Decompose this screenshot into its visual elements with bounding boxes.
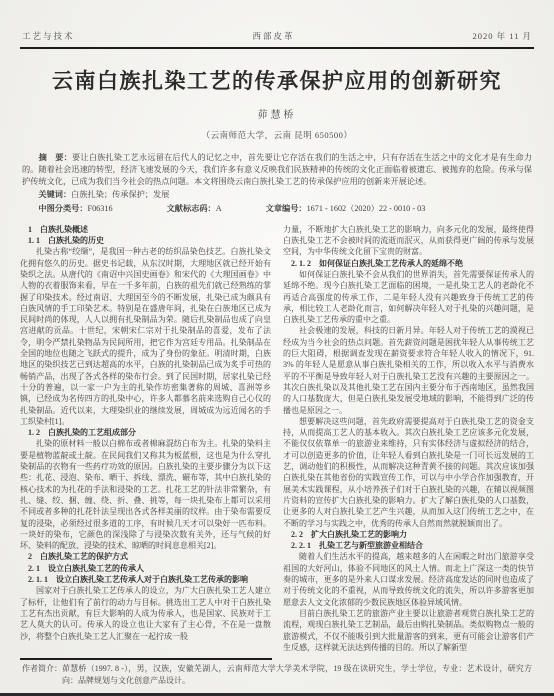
keywords-text: 白族扎染；传承保护；发展 xyxy=(71,190,169,199)
clc-number: 中图分类号：F06316 xyxy=(38,202,112,215)
subsection-heading: 2. 2 扩大白族扎染工艺的影响力 xyxy=(283,529,534,540)
document-code: 文献标志码：A xyxy=(167,202,222,215)
body-paragraph: 如何保证白族扎染不会从我们的世界消失，首先需要保证传承人的延绵不绝。现今白族扎染… xyxy=(283,269,534,325)
abstract-label: 摘 要： xyxy=(38,153,72,162)
subsubsection-heading: 2. 1. 1 设立白族扎染工艺传承人对于白族扎染工艺传承的影响 xyxy=(20,574,271,585)
author-affiliation: （云南师范大学，云南 昆明 650500） xyxy=(0,129,554,141)
keywords-label: 关键词： xyxy=(38,190,71,199)
body-paragraph: 目前白族扎染工艺的旅游产业主要以让旅游者观赏白族扎染工艺的流程，观现白族扎染工艺… xyxy=(283,608,534,653)
body-paragraph-continuation: 力量，不断地扩大白族扎染工艺的影响力，向多元化的发展，最终使得白族扎染工艺不会被… xyxy=(283,224,534,258)
right-column: 力量，不断地扩大白族扎染工艺的影响力，向多元化的发展，最终使得白族扎染工艺不会被… xyxy=(283,224,534,653)
footnote-rule xyxy=(20,658,272,660)
author-bio-footnote: 作者简介： 茆慧桥（1997. 8 -），男，汉族，安徽芜湖人，云南师范大学大学… xyxy=(22,663,532,686)
article-id: 文章编号：1671 - 1602（2020）22 - 0010 - 03 xyxy=(266,202,426,215)
author-bio-text: 茆慧桥（1997. 8 -），男，汉族，安徽芜湖人，云南师范大学大学美术学院，1… xyxy=(62,663,532,686)
body-paragraph: 随着人们生活水平的提高，越来越多的人在闲暇之时出门旅游享受祖国的大好河山，体验不… xyxy=(283,551,534,607)
author-name: 茆慧桥 xyxy=(0,106,554,121)
subsection-heading: 1. 2 白族扎染的工艺组成部分 xyxy=(20,427,271,438)
author-bio-label: 作者简介： xyxy=(22,663,62,686)
body-paragraph: 国家对于白族扎染工艺传承人的设立，为广大白族扎染工艺人建立了标杆，让他们有了前行… xyxy=(20,585,271,641)
subsection-heading: 1. 1 白族扎染的历史 xyxy=(20,235,271,246)
journal-page: 工艺与技术 西部皮革 2020 年 11 月 云南白族扎染工艺的传承保护应用的创… xyxy=(0,0,554,696)
left-column: 1 白族扎染概述 1. 1 白族扎染的历史 扎染古称“绞缬”，是我国一种古老的纺… xyxy=(20,224,271,653)
abstract-text: 要让白族扎染工艺永远留在后代人的记忆之中，首先要让它存活在我们的生活之中，只有存… xyxy=(22,153,532,186)
running-head-section: 工艺与技术 xyxy=(22,30,75,42)
two-column-body: 1 白族扎染概述 1. 1 白族扎染的历史 扎染古称“绞缬”，是我国一种古老的纺… xyxy=(20,224,534,653)
header-rule xyxy=(20,47,534,49)
article-title: 云南白族扎染工艺的传承保护应用的创新研究 xyxy=(20,65,534,95)
subsubsection-heading: 2. 1. 2 如何保证白族扎染工艺传承人的延绵不绝 xyxy=(283,258,534,269)
body-paragraph: 社会极速的发展，科技的日新月异。年轻人对于传统工艺的漠视已经成为当今社会的热点问… xyxy=(283,325,534,415)
running-head-journal: 西部皮革 xyxy=(252,30,294,42)
section-heading: 2 白族扎染工艺的保护方式 xyxy=(20,551,271,562)
body-paragraph: 扎染的原材料一般以白棉布或者棉麻混纺白布为主。扎染的染料主要是植物蓝靛或土靛。在… xyxy=(20,438,271,551)
meta-line: 中图分类号：F06316 文献标志码：A 文章编号：1671 - 1602（20… xyxy=(22,202,532,215)
subsection-heading: 2. 1 设立白族扎染工艺的传承人 xyxy=(20,563,271,574)
body-paragraph: 想要解决这些问题，首先政府需要提高对于白族扎染工艺的资金支持，从而提高工艺人的基… xyxy=(283,416,534,529)
section-heading: 1 白族扎染概述 xyxy=(20,224,271,235)
abstract: 摘 要：要让白族扎染工艺永远留在后代人的记忆之中，首先要让它存活在我们的生活之中… xyxy=(22,152,532,189)
subsubsection-heading: 2. 2. 1 扎染工艺与新型旅游业相结合 xyxy=(283,540,534,551)
running-head-date: 2020 年 11 月 xyxy=(472,30,532,42)
body-paragraph: 扎染古称“绞缬”，是我国一种古老的纺织品染色技艺。白族扎染文化拥有悠久的历史。据… xyxy=(20,246,271,427)
keywords-line: 关键词：白族扎染；传承保护；发展 xyxy=(22,189,532,201)
running-head: 工艺与技术 西部皮革 2020 年 11 月 xyxy=(0,0,554,47)
